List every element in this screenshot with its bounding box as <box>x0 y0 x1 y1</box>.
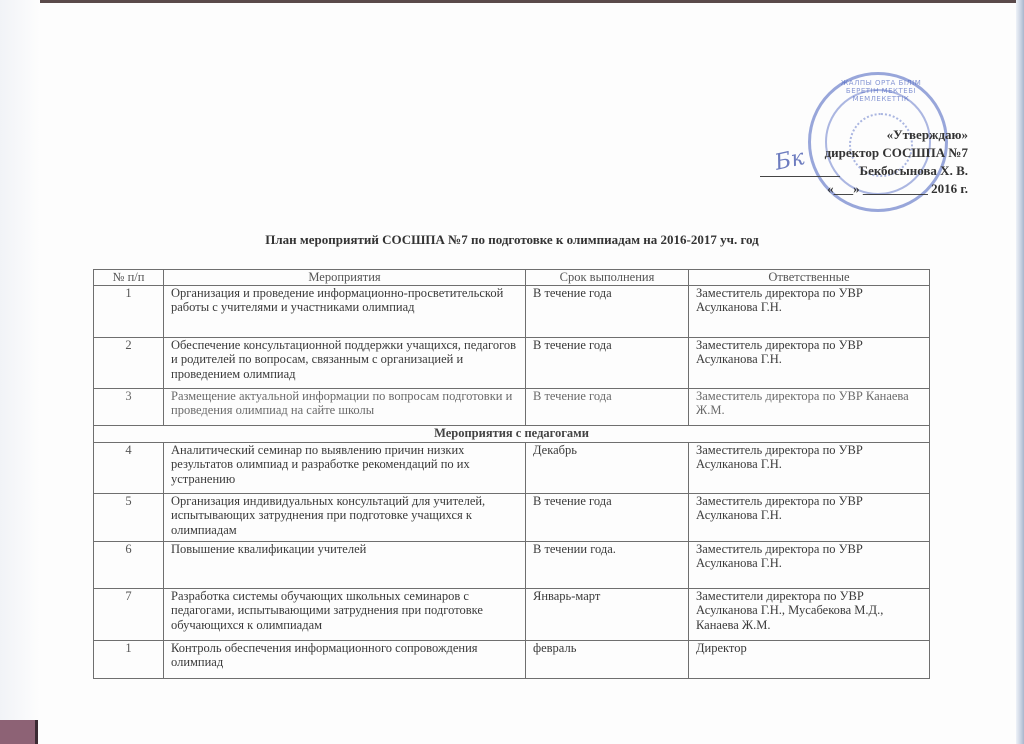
row-term: В течении года. <box>526 541 689 588</box>
header-event: Мероприятия <box>164 270 526 286</box>
document-title: План мероприятий СОСШПА №7 по подготовке… <box>0 232 1024 248</box>
row-event: Повышение квалификации учителей <box>164 541 526 588</box>
row-responsible: Заместители директора по УВР Асулканова … <box>689 588 930 640</box>
stamp-text: ЖАЛПЫ ОРТА БІЛІМ БЕРЕТІН МЕКТЕБІ МЕМЛЕКЕ… <box>831 79 931 103</box>
scan-edge-right <box>1016 0 1024 744</box>
row-responsible: Заместитель директора по УВР Асулканова … <box>689 493 930 541</box>
scan-corner-mark <box>0 720 38 744</box>
row-number: 4 <box>94 442 164 493</box>
table-row: 7 Разработка системы обучающих школьных … <box>94 588 930 640</box>
row-event: Контроль обеспечения информационного соп… <box>164 640 526 678</box>
signature: Бк <box>773 145 807 176</box>
table-row: 6 Повышение квалификации учителей В тече… <box>94 541 930 588</box>
header-responsible: Ответственные <box>689 270 930 286</box>
table-row: 1 Организация и проведение информационно… <box>94 285 930 337</box>
row-responsible: Заместитель директора по УВР Асулканова … <box>689 285 930 337</box>
row-term: Декабрь <box>526 442 689 493</box>
section-title: Мероприятия с педагогами <box>94 425 930 442</box>
table-row: 3 Размещение актуальной информации по во… <box>94 388 930 425</box>
row-term: В течение года <box>526 285 689 337</box>
scan-edge-top <box>0 0 1024 3</box>
table-row: 1 Контроль обеспечения информационного с… <box>94 640 930 678</box>
approval-block: «Утверждаю» директор СОСШПА №7 Бекбосыно… <box>825 126 968 198</box>
row-event: Аналитический семинар по выявлению причи… <box>164 442 526 493</box>
approval-heading: «Утверждаю» <box>825 126 968 144</box>
approval-date: «___» __________ 2016 г. <box>825 180 968 198</box>
row-responsible: Директор <box>689 640 930 678</box>
approval-position: директор СОСШПА №7 <box>825 144 968 162</box>
row-term: Январь-март <box>526 588 689 640</box>
row-term: В течение года <box>526 337 689 388</box>
row-responsible: Заместитель директора по УВР Асулканова … <box>689 442 930 493</box>
header-term: Срок выполнения <box>526 270 689 286</box>
row-event: Разработка системы обучающих школьных се… <box>164 588 526 640</box>
row-number: 5 <box>94 493 164 541</box>
table-row: 5 Организация индивидуальных консультаци… <box>94 493 930 541</box>
table-row: 2 Обеспечение консультационной поддержки… <box>94 337 930 388</box>
plan-table: № п/п Мероприятия Срок выполнения Ответс… <box>93 269 930 679</box>
row-term: В течение года <box>526 388 689 425</box>
row-number: 6 <box>94 541 164 588</box>
row-event: Организация индивидуальных консультаций … <box>164 493 526 541</box>
table-row: 4 Аналитический семинар по выявлению при… <box>94 442 930 493</box>
section-header-row: Мероприятия с педагогами <box>94 425 930 442</box>
row-term: февраль <box>526 640 689 678</box>
header-number: № п/п <box>94 270 164 286</box>
table-header-row: № п/п Мероприятия Срок выполнения Ответс… <box>94 270 930 286</box>
row-term: В течение года <box>526 493 689 541</box>
row-responsible: Заместитель директора по УВР Канаева Ж.М… <box>689 388 930 425</box>
row-number: 3 <box>94 388 164 425</box>
row-number: 7 <box>94 588 164 640</box>
scan-edge-left <box>0 0 40 744</box>
approval-name: Бекбосынова Х. В. <box>825 162 968 180</box>
row-number: 1 <box>94 640 164 678</box>
row-event: Размещение актуальной информации по вопр… <box>164 388 526 425</box>
row-number: 2 <box>94 337 164 388</box>
row-responsible: Заместитель директора по УВР Асулканова … <box>689 541 930 588</box>
row-responsible: Заместитель директора по УВР Асулканова … <box>689 337 930 388</box>
row-event: Организация и проведение информационно-п… <box>164 285 526 337</box>
row-number: 1 <box>94 285 164 337</box>
row-event: Обеспечение консультационной поддержки у… <box>164 337 526 388</box>
